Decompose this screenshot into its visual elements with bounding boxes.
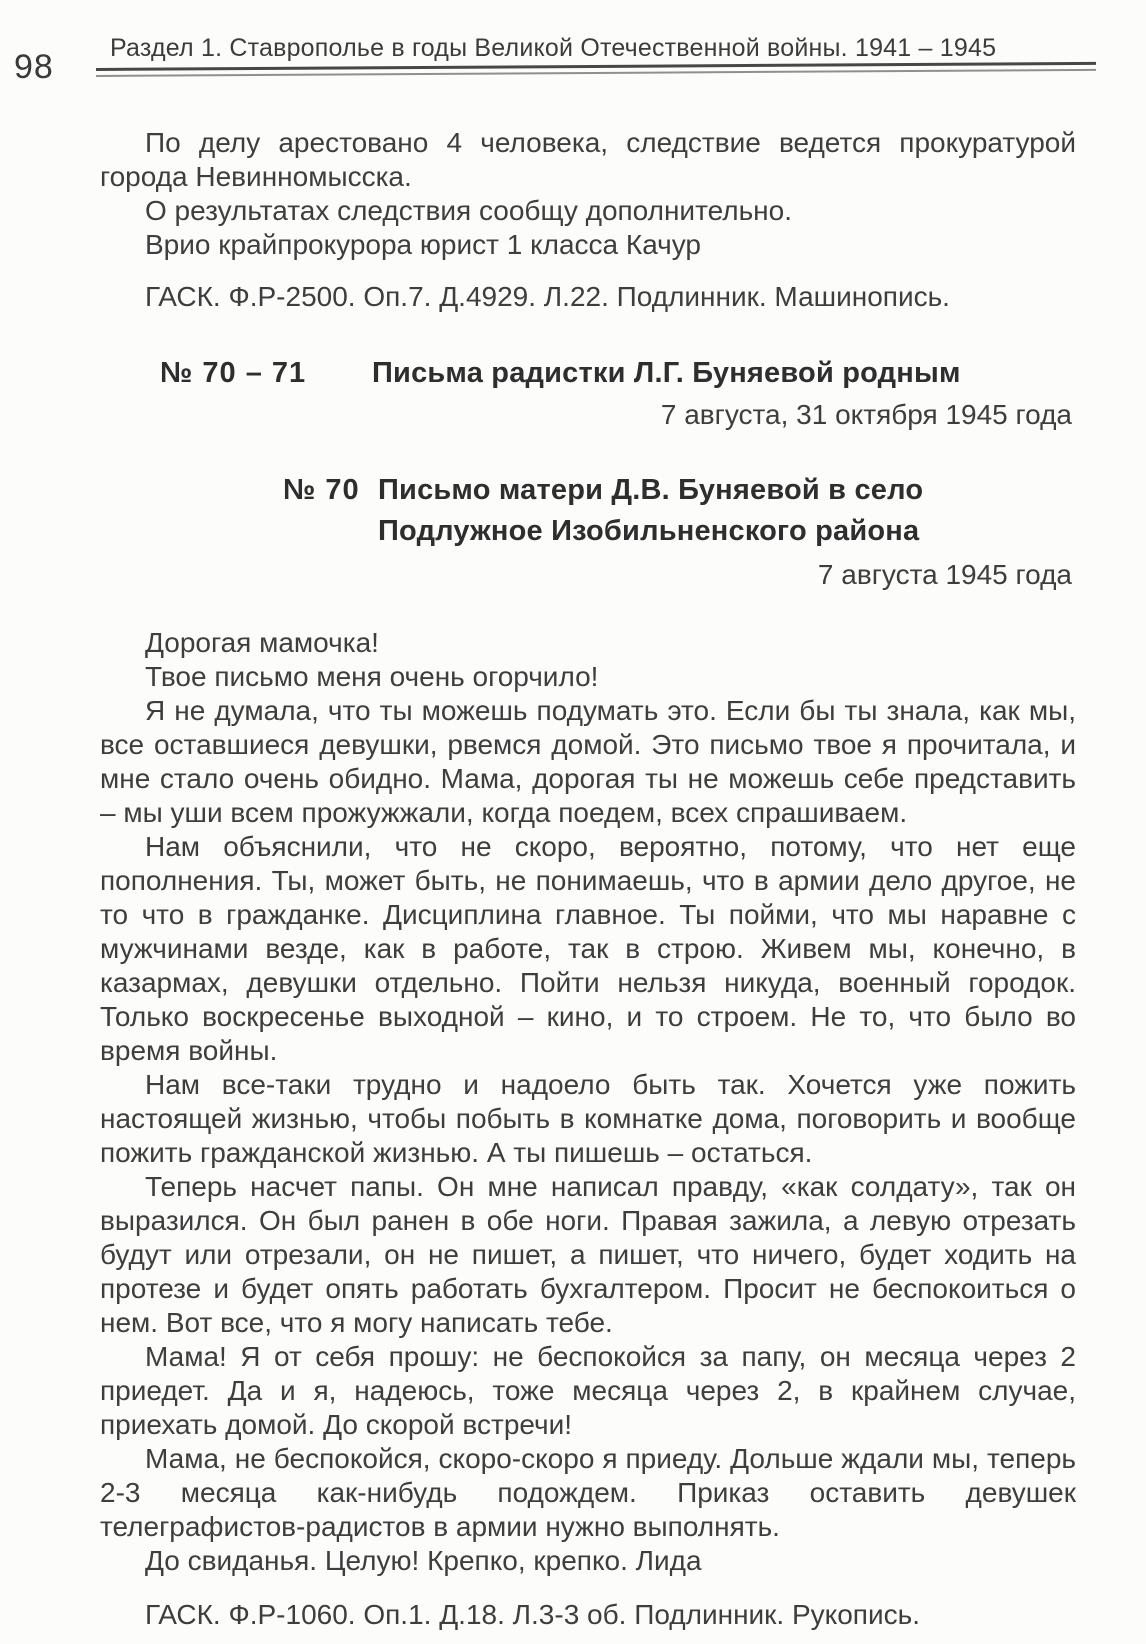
paragraph: Нам объяснили, что не скоро, вероятно, п…	[100, 830, 1076, 1068]
document-number-range: № 70 – 71	[160, 354, 372, 392]
section-date: 7 августа, 31 октября 1945 года	[100, 398, 1076, 432]
letter-title-line1: Письмо матери Д.В. Буняевой в село	[378, 470, 1076, 511]
paragraph: Я не думала, что ты можешь подумать это.…	[100, 694, 1076, 830]
running-head: Раздел 1. Ставрополье в годы Великой Оте…	[96, 34, 1096, 77]
letter-date: 7 августа 1945 года	[100, 558, 1076, 592]
letter-heading: № 70 Письмо матери Д.В. Буняевой в село …	[100, 470, 1076, 552]
paragraph: Нам все-таки трудно и надоело быть так. …	[100, 1068, 1076, 1170]
letter-title-line2: Подлужное Изобильненского района	[378, 511, 1076, 552]
page-header: 98 Раздел 1. Ставрополье в годы Великой …	[0, 0, 1146, 100]
header-rule	[96, 62, 1096, 77]
paragraph: Твое письмо меня очень огорчило!	[100, 660, 1076, 694]
document-number: № 70	[283, 470, 378, 552]
paragraph: По делу арестовано 4 человека, следствие…	[100, 126, 1076, 194]
previous-document-tail: По делу арестовано 4 человека, следствие…	[100, 126, 1076, 314]
paragraph: Теперь насчет папы. Он мне написал правд…	[100, 1170, 1076, 1340]
letter-signoff: До свиданья. Целую! Крепко, крепко. Лида	[100, 1544, 1076, 1578]
paragraph: О результатах следствия сообщу дополните…	[100, 194, 1076, 228]
running-title: Раздел 1. Ставрополье в годы Великой Оте…	[96, 34, 1096, 63]
paragraph: Мама! Я от себя прошу: не беспокойся за …	[100, 1340, 1076, 1442]
paragraph: Врио крайпрокурора юрист 1 класса Качур	[100, 228, 1076, 262]
book-page: 98 Раздел 1. Ставрополье в годы Великой …	[0, 0, 1146, 1644]
section-title: Письма радистки Л.Г. Буняевой родным	[372, 354, 1076, 392]
section-heading: № 70 – 71 Письма радистки Л.Г. Буняевой …	[100, 354, 1076, 392]
section-heading-block: № 70 – 71 Письма радистки Л.Г. Буняевой …	[100, 354, 1076, 432]
letter-heading-block: № 70 Письмо матери Д.В. Буняевой в село …	[100, 470, 1076, 592]
archive-reference: ГАСК. Ф.Р-2500. Оп.7. Д.4929. Л.22. Подл…	[100, 280, 1076, 314]
paragraph: Мама, не беспокойся, скоро-скоро я приед…	[100, 1442, 1076, 1544]
page-content: По делу арестовано 4 человека, следствие…	[100, 126, 1076, 1632]
letter-salutation: Дорогая мамочка!	[100, 626, 1076, 660]
letter-body: Дорогая мамочка! Твое письмо меня очень …	[100, 626, 1076, 1632]
archive-reference: ГАСК. Ф.Р-1060. Оп.1. Д.18. Л.3-3 об. По…	[100, 1598, 1076, 1632]
letter-title: Письмо матери Д.В. Буняевой в село Подлу…	[378, 470, 1076, 552]
page-number: 98	[14, 48, 54, 87]
